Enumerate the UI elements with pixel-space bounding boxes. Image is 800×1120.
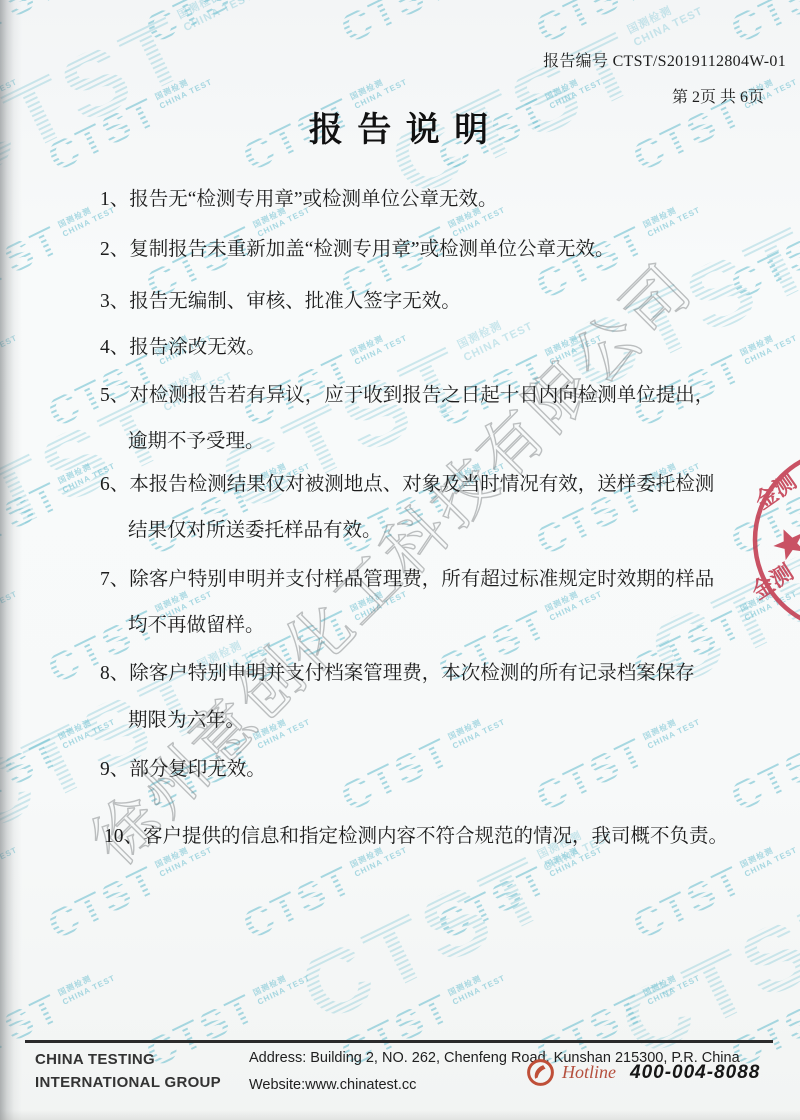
hotline-number: 400-004-8088 (630, 1062, 760, 1084)
ctst-watermark-tile: CTST国测检测CHINA TEST (433, 834, 610, 945)
ctst-watermark-text: CTST (336, 733, 456, 816)
ctst-watermark-tile: CTST国测检测CHINA TEST (628, 322, 800, 433)
ctst-watermark-subtext: 国测检测CHINA TEST (57, 964, 118, 1007)
red-seal-stamp: 金测 金测 (750, 452, 800, 652)
ctst-watermark-text: CTST (43, 861, 163, 944)
footer-hotline: Hotline 400-004-8088 (526, 1058, 760, 1087)
page-title: 报 告 说 明 (0, 102, 800, 151)
report-note-line: 8、除客户特别申明并支付档案管理费，本次检测的所有记录档案保存 (100, 657, 695, 685)
ctst-watermark-subtext: 国测检测CHINA TEST (57, 708, 118, 751)
ctst-watermark-text: CTST (0, 4, 203, 194)
ctst-watermark-tile: CTST国测检测CHINA TEST (726, 194, 800, 305)
ctst-watermark-text: CTST (336, 0, 456, 48)
report-note-line: 结果仅对所送委托样品有效。 (128, 514, 382, 542)
report-note-line: 10、客户提供的信息和指定检测内容不符合规范的情况，我司概不负责。 (104, 820, 728, 848)
report-note-line: 6、本报告检测结果仅对被测地点、对象及当时情况有效，送样委托检测 (100, 468, 714, 496)
hotline-label: Hotline (562, 1062, 616, 1083)
report-note-line: 7、除客户特别申明并支付样品管理费，所有超过标准规定时效期的样品 (100, 563, 714, 591)
ctst-watermark-text: CTST (433, 861, 553, 944)
report-note-line: 期限为六年。 (128, 704, 245, 732)
ctst-watermark-subtext: 国测检测CHINA TEST (349, 324, 410, 367)
footer-org-name: CHINA TESTING INTERNATIONAL GROUP (35, 1049, 221, 1094)
report-note-line: 1、报告无“检测专用章”或检测单位公章无效。 (100, 183, 498, 211)
ctst-watermark-subtext: 国测检测CHINA TEST (739, 836, 800, 879)
footer-org-line2: INTERNATIONAL GROUP (35, 1072, 221, 1095)
ctst-watermark-subtext: 国测检测CHINA TEST (252, 708, 313, 751)
ctst-watermark-subtext: 国测检测CHINA TEST (642, 964, 703, 1007)
ctst-watermark-tile: CTST国测检测CHINA TEST (336, 450, 513, 561)
ctst-watermark-text: CTST (531, 733, 651, 816)
ctst-watermark-tile: CTST国测检测CHINA TEST (531, 0, 708, 48)
scan-bottom-shadow (0, 1110, 800, 1120)
ctst-watermark-subtext: 国测检测CHINA TEST (252, 964, 313, 1007)
ctst-watermark-text: CTST (141, 0, 261, 48)
footer-website: Website:www.chinatest.cc (249, 1077, 416, 1093)
ctst-watermark-text: CTST (726, 0, 800, 48)
ctst-watermark-subtext: 国测检测CHINA TEST (544, 324, 605, 367)
hotline-phone-icon (526, 1058, 555, 1087)
ctst-watermark-text: CTST (628, 861, 748, 944)
ctst-watermark-text: CTST (726, 733, 800, 816)
ctst-watermark-subtext: 国测检测CHINA TEST (626, 0, 706, 50)
ctst-watermark-subtext: 国测检测CHINA TEST (176, 0, 256, 35)
ctst-watermark-tile: CTST国测检测CHINA TEST (336, 0, 513, 48)
ctst-watermark-tile: CTST国测检测CHINA TEST (554, 179, 800, 405)
ctst-watermark-tile: CTST国测检测CHINA TEST (609, 844, 800, 1070)
ctst-watermark-tile: CTST国测检测CHINA TEST (141, 450, 318, 561)
report-number: 报告编号 CTST/S2019112804W-01 (543, 48, 786, 71)
footer-org-line1: CHINA TESTING (35, 1049, 221, 1072)
ctst-watermark-tile: CTST国测检测CHINA TEST (726, 706, 800, 817)
ctst-watermark-tile: CTST国测检测CHINA TEST (433, 322, 610, 433)
scan-edge-shadow (0, 0, 22, 1120)
seal-star-icon (769, 523, 800, 563)
report-note-line: 3、报告无编制、审核、批准人签字无效。 (100, 285, 461, 313)
report-note-line: 4、报告涂改无效。 (100, 331, 266, 359)
ctst-watermark-tile: CTST国测检测CHINA TEST (531, 706, 708, 817)
ctst-watermark-layer: CTST国测检测CHINA TESTCTST国测检测CHINA TESTCTST… (0, 0, 800, 1120)
report-note-line: 2、复制报告未重新加盖“检测专用章”或检测单位公章无效。 (100, 233, 615, 261)
ctst-watermark-tile: CTST国测检测CHINA TEST (141, 0, 318, 48)
report-note-line: 9、部分复印无效。 (100, 753, 266, 781)
ctst-watermark-subtext: 国测检测CHINA TEST (447, 708, 508, 751)
ctst-watermark-tile: CTST国测检测CHINA TEST (336, 706, 513, 817)
ctst-watermark-text: CTST (726, 221, 800, 304)
report-note-line: 5、对检测报告若有异议，应于收到报告之日起十日内向检测单位提出， (100, 379, 714, 407)
ctst-watermark-tile: CTST国测检测CHINA TEST (628, 834, 800, 945)
ctst-watermark-tile: CTST国测检测CHINA TEST (238, 834, 415, 945)
ctst-watermark-tile: CTST国测检测CHINA TEST (43, 834, 220, 945)
seal-text-fragment: 金测 (751, 468, 800, 514)
ctst-watermark-tile: CTST国测检测CHINA TEST (726, 0, 800, 48)
report-note-line: 均不再做留样。 (128, 609, 265, 637)
ctst-watermark-text: CTST (531, 0, 651, 48)
report-note-line: 逾期不予受理。 (128, 425, 265, 453)
ctst-watermark-subtext: 国测检测CHINA TEST (739, 324, 800, 367)
footer-rule (25, 1040, 773, 1043)
scanned-report-page: CTST国测检测CHINA TESTCTST国测检测CHINA TESTCTST… (0, 0, 800, 1120)
ctst-watermark-subtext: 国测检测CHINA TEST (642, 196, 703, 239)
ctst-watermark-subtext: 国测检测CHINA TEST (642, 708, 703, 751)
ctst-watermark-subtext: 国测检测CHINA TEST (456, 308, 536, 366)
ctst-watermark-tile: CTST国测检测CHINA TEST (531, 450, 708, 561)
ctst-watermark-text: CTST (238, 861, 358, 944)
ctst-watermark-text: CTST (289, 844, 563, 1034)
ctst-watermark-tile: CTST国测检测CHINA TEST (0, 0, 275, 194)
ctst-watermark-subtext: 国测检测CHINA TEST (447, 964, 508, 1007)
